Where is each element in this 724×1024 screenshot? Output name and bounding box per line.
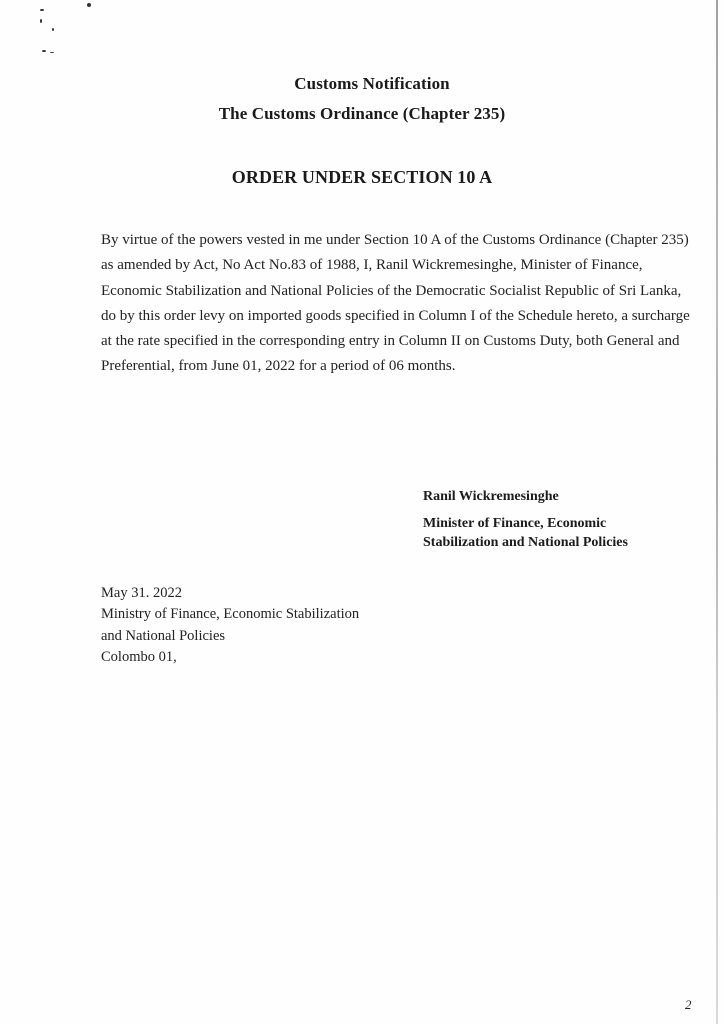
signatory-title-line: Stabilization and National Policies bbox=[423, 533, 628, 552]
ministry-line: Ministry of Finance, Economic Stabilizat… bbox=[101, 604, 359, 625]
body-line: Economic Stabilization and National Poli… bbox=[101, 279, 641, 304]
order-body-paragraph: By virtue of the powers vested in me und… bbox=[101, 228, 641, 380]
document-page: Customs Notification The Customs Ordinan… bbox=[0, 0, 724, 1024]
document-subheading: The Customs Ordinance (Chapter 235) bbox=[0, 104, 724, 124]
signatory-name: Ranil Wickremesinghe bbox=[423, 488, 628, 506]
ministry-line: and National Policies bbox=[101, 626, 359, 647]
document-heading: Customs Notification bbox=[10, 74, 724, 94]
body-line: at the rate specified in the correspondi… bbox=[101, 329, 641, 354]
scan-speck bbox=[50, 52, 54, 53]
scan-speck bbox=[40, 19, 42, 23]
issue-date: May 31. 2022 bbox=[101, 583, 359, 604]
issuer-block: May 31. 2022 Ministry of Finance, Econom… bbox=[101, 583, 359, 668]
body-line: By virtue of the powers vested in me und… bbox=[101, 228, 641, 253]
order-title: ORDER UNDER SECTION 10 A bbox=[0, 167, 724, 188]
signatory-title-line: Minister of Finance, Economic bbox=[423, 514, 628, 533]
scan-speck bbox=[52, 28, 54, 31]
scan-speck bbox=[87, 3, 91, 7]
scan-speck bbox=[40, 9, 44, 11]
body-line: do by this order levy on imported goods … bbox=[101, 304, 641, 329]
body-line: as amended by Act, No Act No.83 of 1988,… bbox=[101, 253, 641, 278]
body-line: Preferential, from June 01, 2022 for a p… bbox=[101, 354, 641, 379]
scan-edge-line bbox=[716, 0, 718, 1024]
signature-block: Ranil Wickremesinghe Minister of Finance… bbox=[423, 488, 628, 552]
page-number: 2 bbox=[685, 997, 692, 1013]
issuer-city: Colombo 01, bbox=[101, 647, 359, 668]
scan-speck bbox=[42, 50, 46, 52]
